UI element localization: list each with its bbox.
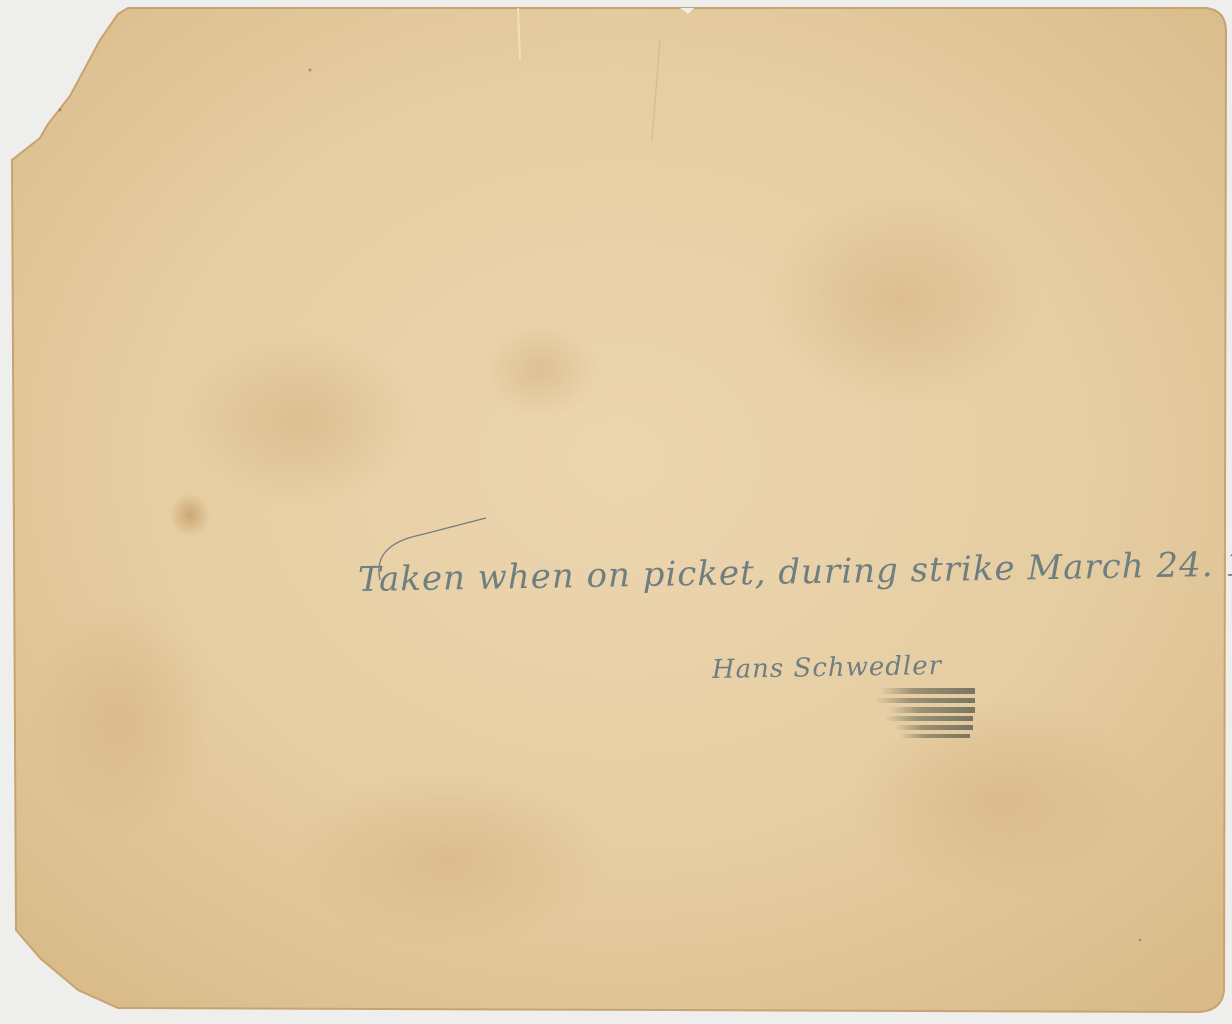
photo-scan: Taken when on picket, during strike Marc… bbox=[0, 0, 1232, 1024]
signature: Hans Schwedler bbox=[712, 651, 943, 685]
aged-paper-card bbox=[0, 0, 1232, 1024]
